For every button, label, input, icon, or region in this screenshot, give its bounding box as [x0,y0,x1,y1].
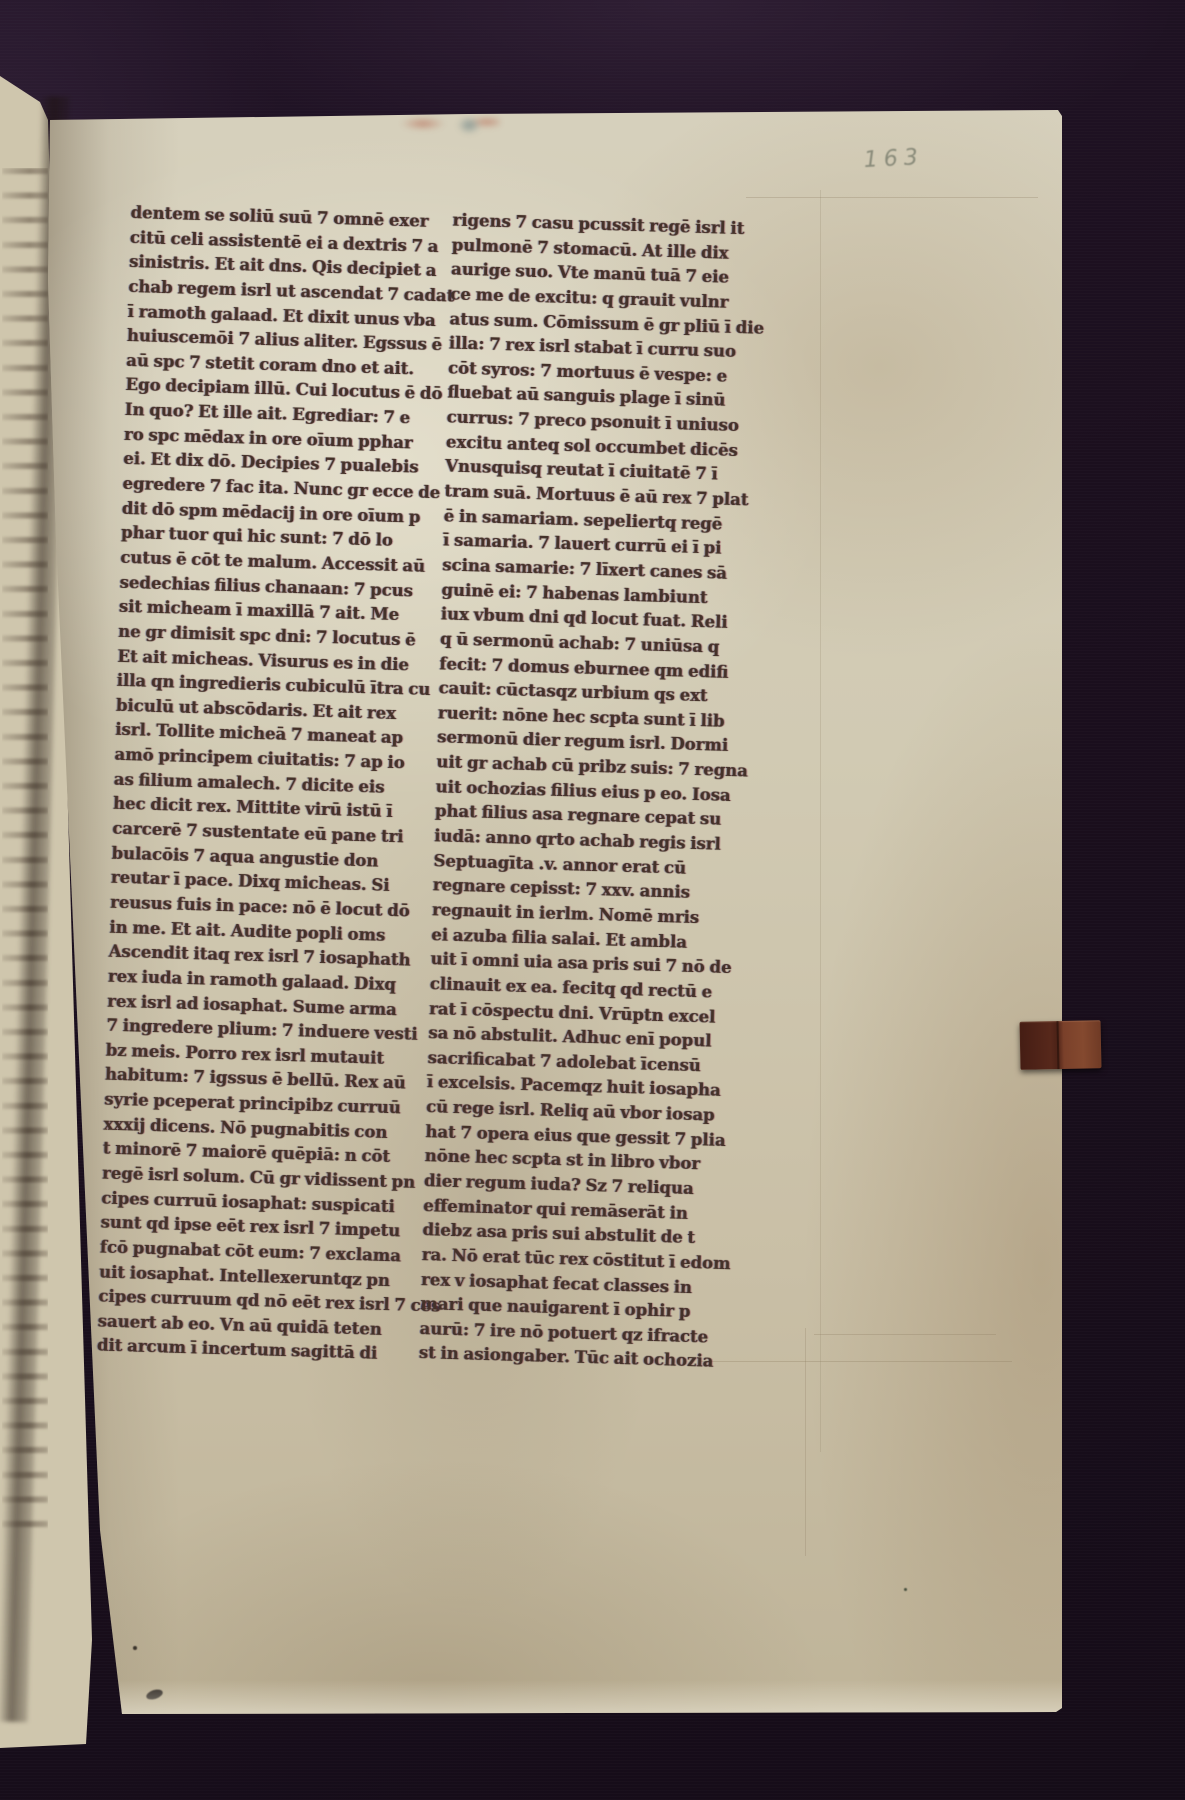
running-title-remnant [390,106,500,138]
text-column-left: dentem se soliū suū 7 omnē exercitū celi… [97,201,463,1368]
ruling-line-vertical [805,1328,806,1556]
ink-speck [133,1646,137,1650]
bookmark-tab [1020,1020,1102,1070]
folio-number: 163 [863,144,945,180]
ruling-line-horizontal [814,1334,996,1335]
photo-backdrop: 163 dentem se soliū suū 7 omnē exercitū … [0,0,1185,1800]
ink-speck [904,1588,907,1591]
text-block: dentem se soliū suū 7 omnē exercitū celi… [97,201,831,1381]
ruling-line-horizontal [746,197,1038,198]
page-edge-highlight [48,1680,1062,1714]
manuscript-page: 163 dentem se soliū suū 7 omnē exercitū … [48,110,1062,1714]
text-column-right: rigens 7 casu pcussit regē isrl itpulmon… [419,209,801,1377]
